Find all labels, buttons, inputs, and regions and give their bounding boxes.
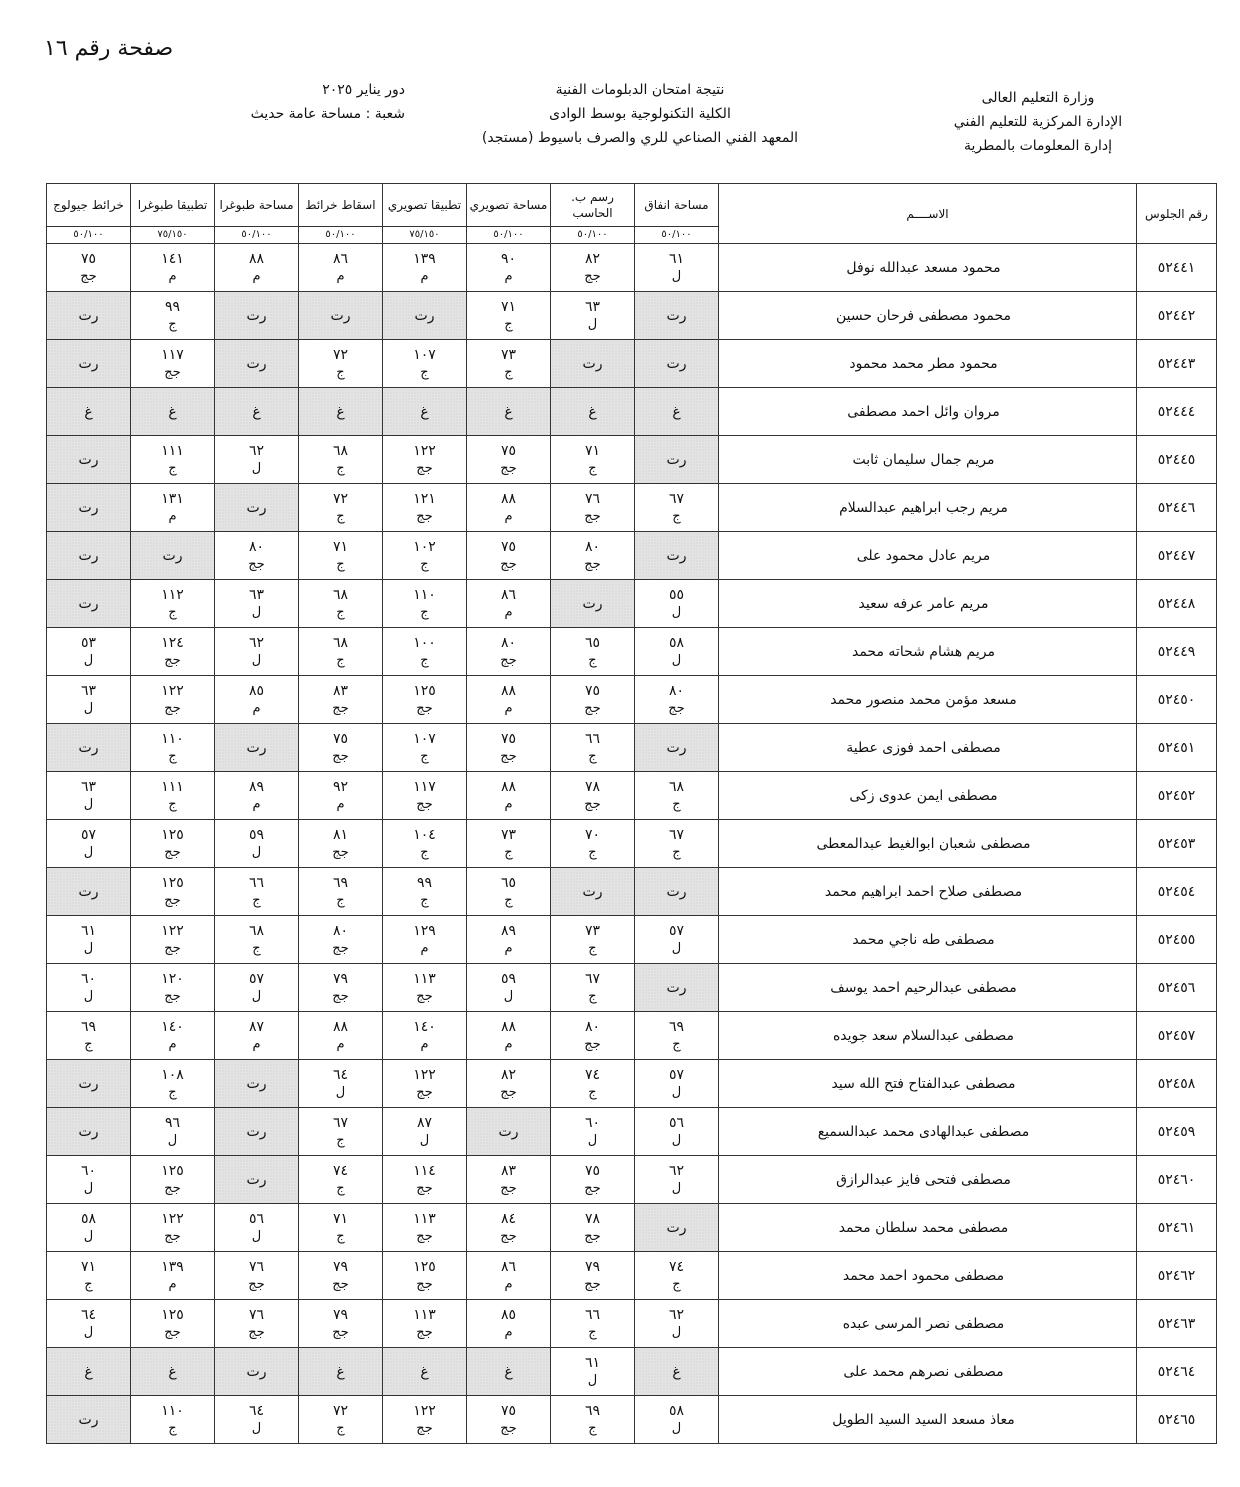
score-value: ٧١ (551, 442, 634, 460)
score-value: ٨١ (299, 826, 382, 844)
score-cell: ٩٢م (299, 772, 383, 820)
grade-value: ج (299, 460, 382, 478)
score-cell: ٦٩ج (551, 1396, 635, 1444)
score-cell: ٥٧ل (47, 820, 131, 868)
score-value: ١٤٠ (131, 1018, 214, 1036)
grade-value: جج (551, 508, 634, 526)
score-value: ٦٥ (551, 634, 634, 652)
score-cell: ٦٢ل (635, 1300, 719, 1348)
status-cell: رت (467, 1108, 551, 1156)
subject-header: مساحة انفاق (635, 184, 719, 227)
grade-value: جج (383, 1324, 466, 1342)
score-cell: ٧٤ج (551, 1060, 635, 1108)
subject-header: مساحة تصويري (467, 184, 551, 227)
grade-value: ل (215, 1228, 298, 1246)
score-cell: ٧٢ج (299, 340, 383, 388)
grade-value: ل (215, 844, 298, 862)
score-value: ٨٩ (215, 778, 298, 796)
status-cell: رت (47, 724, 131, 772)
student-row: ٥٢٤٥٣مصطفى شعبان ابوالغيط عبدالمعطى٦٧ج٧٠… (47, 820, 1217, 868)
seat-number: ٥٢٤٦٢ (1137, 1252, 1217, 1300)
status-cell: رت (635, 292, 719, 340)
score-value: ١١٣ (383, 1306, 466, 1324)
grade-value: ج (551, 652, 634, 670)
student-row: ٥٢٤٦٥معاذ مسعد السيد السيد الطويل٥٨ل٦٩ج٧… (47, 1396, 1217, 1444)
score-value: ٦٣ (47, 682, 130, 700)
score-cell: ٧٥جج (551, 676, 635, 724)
status-cell: رت (383, 292, 467, 340)
score-value: ٧٥ (47, 250, 130, 268)
score-value: ٨٠ (635, 682, 718, 700)
score-value: ١١٣ (383, 1210, 466, 1228)
status-cell: رت (47, 580, 131, 628)
score-cell: ١٠٢ج (383, 532, 467, 580)
score-cell: ٦٨ج (299, 628, 383, 676)
seat-number: ٥٢٤٥٠ (1137, 676, 1217, 724)
score-value: ٧٢ (299, 1402, 382, 1420)
score-value: ١٢٥ (131, 1162, 214, 1180)
grade-value: ج (635, 1276, 718, 1294)
grade-value: جج (551, 700, 634, 718)
score-cell: ٩٦ل (131, 1108, 215, 1156)
status-cell: غ (47, 1348, 131, 1396)
student-name: مصطفى نصرهم محمد على (719, 1348, 1137, 1396)
grade-value: ج (299, 1132, 382, 1150)
seat-number: ٥٢٤٦٠ (1137, 1156, 1217, 1204)
score-cell: ٨٠جج (215, 532, 299, 580)
score-value: ١١٢ (131, 586, 214, 604)
grade-value: ل (551, 316, 634, 334)
seat-number: ٥٢٤٥٩ (1137, 1108, 1217, 1156)
student-row: ٥٢٤٦٣مصطفى نصر المرسى عبده٦٢ل٦٦ج٨٥م١١٣جج… (47, 1300, 1217, 1348)
grade-value: ج (131, 604, 214, 622)
grade-value: ج (467, 844, 550, 862)
score-value: ٧٦ (215, 1306, 298, 1324)
score-value: ١١١ (131, 442, 214, 460)
score-cell: ٦٩ج (635, 1012, 719, 1060)
student-row: ٥٢٤٤٥مريم جمال سليمان ثابترت٧١ج٧٥جج١٢٢جج… (47, 436, 1217, 484)
student-row: ٥٢٤٥٩مصطفى عبدالهادى محمد عبدالسميع٥٦ل٦٠… (47, 1108, 1217, 1156)
student-name: معاذ مسعد السيد السيد الطويل (719, 1396, 1137, 1444)
score-value: ٨٠ (215, 538, 298, 556)
score-cell: ٩٠م (467, 244, 551, 292)
score-value: ٩٢ (299, 778, 382, 796)
grade-value: ج (383, 748, 466, 766)
score-cell: ٨٨م (299, 1012, 383, 1060)
seat-number: ٥٢٤٤٦ (1137, 484, 1217, 532)
grade-value: ج (131, 1084, 214, 1102)
score-cell: ٦١ل (635, 244, 719, 292)
score-value: ٨٠ (467, 634, 550, 652)
score-value: ٦٣ (47, 778, 130, 796)
grade-value: م (131, 508, 214, 526)
score-cell: ٦٣ل (47, 676, 131, 724)
score-cell: ٦٦ج (215, 868, 299, 916)
score-cell: ٧٥جج (467, 1396, 551, 1444)
grade-value: م (215, 268, 298, 286)
status-cell: غ (383, 1348, 467, 1396)
score-value: ١٢٢ (383, 1402, 466, 1420)
score-value: ٥٨ (635, 1402, 718, 1420)
student-name: محمود مطر محمد محمود (719, 340, 1137, 388)
score-cell: ١٢٤جج (131, 628, 215, 676)
score-value: ٦٢ (635, 1162, 718, 1180)
grade-value: ل (215, 460, 298, 478)
grade-value: ج (551, 1084, 634, 1102)
grade-value: ج (635, 844, 718, 862)
score-value: ٧٩ (299, 1258, 382, 1276)
score-cell: ٧١ج (299, 1204, 383, 1252)
score-value: ١٢٢ (131, 682, 214, 700)
status-cell: رت (551, 340, 635, 388)
grade-value: ل (635, 604, 718, 622)
status-cell: رت (47, 868, 131, 916)
score-cell: ١١٧جج (383, 772, 467, 820)
status-cell: رت (635, 724, 719, 772)
grade-value: ل (47, 988, 130, 1006)
score-cell: ٦٠ل (47, 964, 131, 1012)
score-cell: ٦٩ج (299, 868, 383, 916)
score-cell: ٥٩ل (215, 820, 299, 868)
score-value: ٧٣ (467, 346, 550, 364)
score-value: ٧٥ (467, 538, 550, 556)
score-cell: ١١٣جج (383, 964, 467, 1012)
status-cell: رت (299, 292, 383, 340)
score-value: ٨٠ (299, 922, 382, 940)
score-cell: ١٠٤ج (383, 820, 467, 868)
grade-value: جج (383, 508, 466, 526)
score-cell: ٦٧ج (551, 964, 635, 1012)
score-cell: ٨٥م (215, 676, 299, 724)
score-value: ٨٠ (551, 1018, 634, 1036)
seat-number: ٥٢٤٤٧ (1137, 532, 1217, 580)
grade-value: ج (299, 556, 382, 574)
score-cell: ٦٤ل (215, 1396, 299, 1444)
seat-header: رقم الجلوس (1137, 184, 1217, 244)
grade-value: م (215, 700, 298, 718)
grade-value: ج (635, 1036, 718, 1054)
student-row: ٥٢٤٤٨مريم عامر عرفه سعيد٥٥لرت٨٦م١١٠ج٦٨ج٦… (47, 580, 1217, 628)
score-value: ٧١ (299, 1210, 382, 1228)
score-cell: ٨٧م (215, 1012, 299, 1060)
student-row: ٥٢٤٥١مصطفى احمد فوزى عطيةرت٦٦ج٧٥جج١٠٧ج٧٥… (47, 724, 1217, 772)
score-cell: ١٢٥جج (131, 1156, 215, 1204)
score-value: ٧١ (467, 298, 550, 316)
grade-value: ج (131, 748, 214, 766)
grade-value: جج (215, 1324, 298, 1342)
score-cell: ٧٥جج (551, 1156, 635, 1204)
subject-header: اسقاط خرائط (299, 184, 383, 227)
status-cell: رت (215, 292, 299, 340)
grade-value: ل (215, 988, 298, 1006)
score-value: ٨٥ (467, 1306, 550, 1324)
grade-value: جج (467, 748, 550, 766)
grade-value: ل (635, 1180, 718, 1198)
subject-max-marks: ٥٠/١٠٠ (215, 227, 299, 244)
score-value: ٨٨ (299, 1018, 382, 1036)
seat-number: ٥٢٤٤٢ (1137, 292, 1217, 340)
score-value: ١٢٢ (383, 1066, 466, 1084)
score-cell: ٧٩جج (551, 1252, 635, 1300)
score-cell: ١٢٠جج (131, 964, 215, 1012)
score-cell: ١١٧جج (131, 340, 215, 388)
grade-value: م (299, 268, 382, 286)
score-value: ١٠٧ (383, 730, 466, 748)
score-cell: ١٢١جج (383, 484, 467, 532)
score-value: ٨٢ (551, 250, 634, 268)
student-name: مصطفى طه ناجي محمد (719, 916, 1137, 964)
status-cell: رت (215, 1156, 299, 1204)
score-cell: ١٢٥جج (383, 1252, 467, 1300)
score-value: ٨٨ (467, 682, 550, 700)
score-cell: ١٤٠م (383, 1012, 467, 1060)
score-value: ٧٠ (551, 826, 634, 844)
score-value: ٦٥ (467, 874, 550, 892)
score-cell: ٧٩جج (299, 964, 383, 1012)
status-cell: غ (551, 388, 635, 436)
score-cell: ٨٠جج (299, 916, 383, 964)
score-value: ٧٦ (215, 1258, 298, 1276)
grade-value: ج (551, 1324, 634, 1342)
score-cell: ٨٠جج (551, 532, 635, 580)
score-value: ٦٨ (635, 778, 718, 796)
score-value: ٦٨ (299, 442, 382, 460)
score-cell: ١٢٢جج (131, 916, 215, 964)
grade-value: ل (635, 1084, 718, 1102)
grade-value: م (467, 1036, 550, 1054)
grade-value: جج (131, 364, 214, 382)
grade-value: ج (635, 508, 718, 526)
score-value: ٥٧ (635, 922, 718, 940)
seat-number: ٥٢٤٥٣ (1137, 820, 1217, 868)
grade-value: جج (299, 700, 382, 718)
score-value: ٦٦ (215, 874, 298, 892)
score-value: ٨٨ (467, 1018, 550, 1036)
score-cell: ٨٨م (215, 244, 299, 292)
score-value: ١٠٧ (383, 346, 466, 364)
score-cell: ٩٩ج (131, 292, 215, 340)
score-cell: ٦١ل (47, 916, 131, 964)
grade-value: ل (635, 1420, 718, 1438)
score-cell: ٥٦ل (635, 1108, 719, 1156)
score-cell: ٨٨م (467, 676, 551, 724)
grade-value: ل (47, 1180, 130, 1198)
college-name: الكلية التكنولوجية بوسط الوادى (460, 102, 820, 126)
score-value: ٧٨ (551, 1210, 634, 1228)
score-cell: ٨٧ل (383, 1108, 467, 1156)
score-value: ١٠٨ (131, 1066, 214, 1084)
seat-number: ٥٢٤٤٨ (1137, 580, 1217, 628)
status-cell: غ (215, 388, 299, 436)
score-value: ١٢٥ (131, 874, 214, 892)
score-cell: ٥٧ل (635, 916, 719, 964)
score-value: ١٢٢ (131, 1210, 214, 1228)
grade-value: ج (131, 316, 214, 334)
score-cell: ١٢٩م (383, 916, 467, 964)
subject-max-marks: ٥٠/١٠٠ (299, 227, 383, 244)
score-value: ٦٧ (551, 970, 634, 988)
score-value: ١٠٠ (383, 634, 466, 652)
score-cell: ٦٤ل (47, 1300, 131, 1348)
grade-value: جج (131, 1228, 214, 1246)
score-cell: ٧٦جج (215, 1252, 299, 1300)
score-cell: ٥٨ل (635, 1396, 719, 1444)
grade-value: ج (299, 508, 382, 526)
grade-value: ل (551, 1132, 634, 1150)
student-name: مصطفى شعبان ابوالغيط عبدالمعطى (719, 820, 1137, 868)
grade-value: جج (299, 1276, 382, 1294)
score-cell: ٧٨جج (551, 772, 635, 820)
student-name: مصطفى صلاح احمد ابراهيم محمد (719, 868, 1137, 916)
score-value: ١٤٠ (383, 1018, 466, 1036)
subject-header: تطبيقا طبوغرا (131, 184, 215, 227)
student-row: ٥٢٤٥٠مسعد مؤمن محمد منصور محمد٨٠جج٧٥جج٨٨… (47, 676, 1217, 724)
status-cell: رت (635, 532, 719, 580)
header-row: رقم الجلوسالاســــممساحة انفاقرسم ب. الح… (47, 184, 1217, 227)
seat-number: ٥٢٤٦٣ (1137, 1300, 1217, 1348)
grade-value: ج (551, 988, 634, 1006)
status-cell: رت (215, 1348, 299, 1396)
score-cell: ٧٢ج (299, 484, 383, 532)
status-cell: رت (635, 868, 719, 916)
score-value: ٧١ (47, 1258, 130, 1276)
score-value: ١٢٥ (131, 1306, 214, 1324)
score-value: ٨٩ (467, 922, 550, 940)
score-cell: ٧٣ج (467, 340, 551, 388)
score-cell: ٧٢ج (299, 1396, 383, 1444)
grade-value: ل (383, 1132, 466, 1150)
score-cell: ٦٧ج (635, 820, 719, 868)
grade-value: ل (47, 844, 130, 862)
score-value: ٦٦ (551, 730, 634, 748)
student-name: مريم جمال سليمان ثابت (719, 436, 1137, 484)
score-value: ٧٤ (299, 1162, 382, 1180)
grade-value: جج (467, 556, 550, 574)
grade-value: ج (299, 604, 382, 622)
seat-number: ٥٢٤٥٧ (1137, 1012, 1217, 1060)
score-value: ٧٢ (299, 490, 382, 508)
score-value: ٥٧ (635, 1066, 718, 1084)
score-cell: ١٢٥جج (131, 868, 215, 916)
score-cell: ٦٩ج (47, 1012, 131, 1060)
score-value: ٨٠ (551, 538, 634, 556)
score-value: ٧٥ (467, 442, 550, 460)
seat-number: ٥٢٤٦٤ (1137, 1348, 1217, 1396)
status-cell: غ (467, 388, 551, 436)
score-cell: ٧٥جج (467, 532, 551, 580)
status-cell: رت (635, 964, 719, 1012)
score-value: ٨٢ (467, 1066, 550, 1084)
student-name: مريم عادل محمود على (719, 532, 1137, 580)
grade-value: جج (635, 700, 718, 718)
seat-number: ٥٢٤٤١ (1137, 244, 1217, 292)
score-value: ٧٥ (467, 1402, 550, 1420)
status-cell: غ (467, 1348, 551, 1396)
grade-value: جج (551, 1036, 634, 1054)
score-cell: ٦٥ج (467, 868, 551, 916)
score-cell: ٥٨ل (47, 1204, 131, 1252)
student-name: مصطفى عبدالهادى محمد عبدالسميع (719, 1108, 1137, 1156)
status-cell: رت (47, 436, 131, 484)
grade-value: ج (383, 892, 466, 910)
subject-header: تطبيقا تصويري (383, 184, 467, 227)
grade-value: جج (131, 988, 214, 1006)
score-value: ٨٤ (467, 1210, 550, 1228)
score-value: ٧١ (299, 538, 382, 556)
score-value: ١١٠ (131, 1402, 214, 1420)
score-value: ٧٩ (299, 1306, 382, 1324)
score-value: ١٤١ (131, 250, 214, 268)
score-cell: ٧٥جج (299, 724, 383, 772)
score-value: ٦١ (551, 1354, 634, 1372)
subject-max-marks: ٥٠/١٠٠ (47, 227, 131, 244)
score-cell: ٦٣ل (551, 292, 635, 340)
ministry-line-3: إدارة المعلومات بالمطرية (928, 134, 1148, 158)
score-cell: ٥٧ل (215, 964, 299, 1012)
student-row: ٥٢٤٤٣محمود مطر محمد محمودرترت٧٣ج١٠٧ج٧٢جر… (47, 340, 1217, 388)
student-row: ٥٢٤٦١مصطفى محمد سلطان محمدرت٧٨جج٨٤جج١١٣ج… (47, 1204, 1217, 1252)
grade-value: ج (47, 1276, 130, 1294)
status-cell: رت (635, 436, 719, 484)
grade-value: ج (299, 1228, 382, 1246)
status-cell: رت (47, 532, 131, 580)
score-cell: ١٠٧ج (383, 340, 467, 388)
grade-value: جج (383, 796, 466, 814)
score-value: ١٢٥ (383, 1258, 466, 1276)
seat-number: ٥٢٤٤٥ (1137, 436, 1217, 484)
score-cell: ٦٨ج (299, 436, 383, 484)
status-cell: رت (215, 340, 299, 388)
grade-value: جج (383, 1180, 466, 1198)
score-cell: ١٢٢جج (131, 676, 215, 724)
score-value: ١٢٥ (383, 682, 466, 700)
status-cell: رت (47, 340, 131, 388)
status-cell: غ (635, 1348, 719, 1396)
ministry-header: وزارة التعليم العالى الإدارة المركزية لل… (928, 86, 1148, 158)
exam-title: نتيجة امتحان الدبلومات الفنية (460, 78, 820, 102)
score-cell: ٥٨ل (635, 628, 719, 676)
score-value: ٦٩ (47, 1018, 130, 1036)
grade-value: م (467, 268, 550, 286)
grade-value: جج (131, 940, 214, 958)
subject-max-marks: ٥٠/١٠٠ (551, 227, 635, 244)
grade-value: ج (299, 364, 382, 382)
score-value: ١٢٢ (131, 922, 214, 940)
score-value: ١١٧ (131, 346, 214, 364)
score-cell: ٨٣جج (467, 1156, 551, 1204)
student-name: مصطفى عبدالرحيم احمد يوسف (719, 964, 1137, 1012)
score-value: ٥٨ (47, 1210, 130, 1228)
grade-value: جج (215, 1276, 298, 1294)
score-cell: ٧٤ج (299, 1156, 383, 1204)
subject-max-marks: ٥٠/١٠٠ (467, 227, 551, 244)
score-cell: ٦٢ل (215, 436, 299, 484)
score-value: ٧٥ (467, 730, 550, 748)
score-value: ٧٦ (551, 490, 634, 508)
score-cell: ٧٣ج (467, 820, 551, 868)
grade-value: جج (383, 1228, 466, 1246)
score-value: ١٢٠ (131, 970, 214, 988)
score-value: ٦٢ (215, 442, 298, 460)
status-cell: رت (551, 580, 635, 628)
score-value: ١٢٩ (383, 922, 466, 940)
session-header: دور يناير ٢٠٢٥ شعبة : مساحة عامة حديث (225, 78, 405, 126)
score-value: ٧٢ (299, 346, 382, 364)
grade-value: ل (47, 652, 130, 670)
grade-value: ل (47, 1324, 130, 1342)
score-value: ٧٩ (299, 970, 382, 988)
seat-number: ٥٢٤٤٩ (1137, 628, 1217, 676)
